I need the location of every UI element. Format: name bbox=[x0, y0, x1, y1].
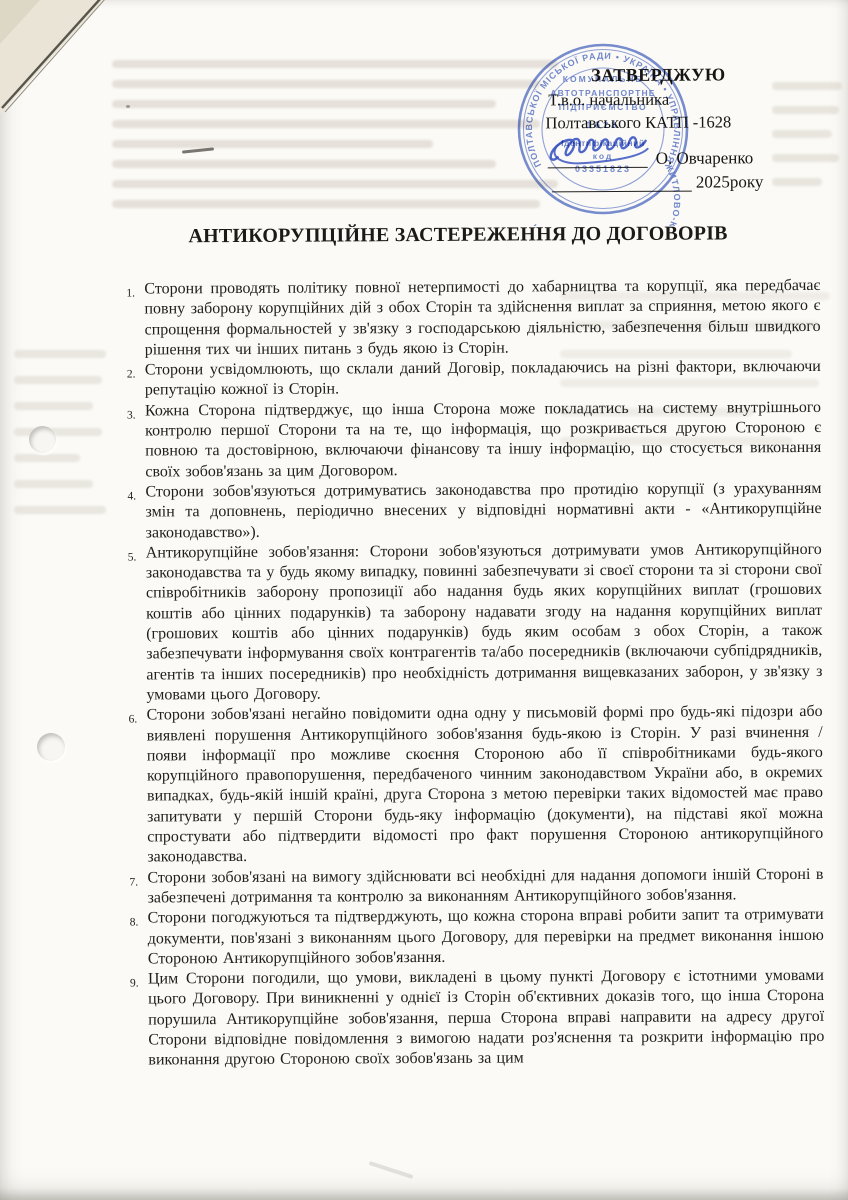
clause-text: Сторони погоджуються та підтверджують, щ… bbox=[148, 906, 824, 967]
stamp-line-7: 03351823 bbox=[575, 164, 631, 174]
page-corner-fold bbox=[0, 0, 132, 132]
clause-text: Кожна Сторона підтверджує, що інша Сторо… bbox=[145, 399, 821, 480]
clause-item: Сторони зобов'язані на вимогу здійснюват… bbox=[129, 865, 823, 909]
stamp-line-5: Ідентифікаційний bbox=[561, 138, 645, 148]
document-title: АНТИКОРУПЦІЙНЕ ЗАСТЕРЕЖЕННЯ ДО ДОГОВОРІВ bbox=[78, 222, 838, 249]
ink-speck bbox=[126, 105, 130, 108]
clause-item: Кожна Сторона підтверджує, що інша Сторо… bbox=[127, 398, 821, 483]
clause-text: Цим Сторони погодили, що умови, викладен… bbox=[148, 967, 824, 1069]
clause-text: Сторони зобов'язані на вимогу здійснюват… bbox=[147, 866, 823, 907]
stamp-line-4: 1628 bbox=[586, 120, 619, 131]
punch-hole-top bbox=[29, 426, 56, 453]
clause-item: Сторони проводять політику повної нетерп… bbox=[126, 276, 820, 361]
scanned-document-page: ЗАТВЕРДЖУЮ Т.в.о. начальника Полтавськог… bbox=[0, 0, 848, 1200]
clause-item: Цим Сторони погодили, що умови, викладен… bbox=[130, 966, 825, 1071]
clause-text: Сторони зобов'язані негайно повідомити о… bbox=[147, 703, 824, 866]
stamp-line-1: КОМУНАЛЬНЕ bbox=[563, 74, 643, 84]
clause-item: Сторони погоджуються та підтверджують, щ… bbox=[130, 905, 824, 970]
approval-year: 2025року bbox=[696, 172, 764, 192]
organization-round-stamp: ПОЛТАВСЬКОЇ МІСЬКОЇ РАДИ • УКРАЇНА • УПР… bbox=[508, 36, 698, 226]
stamp-line-3: ПІДПРИЄМСТВО bbox=[559, 102, 647, 112]
clause-item: Антикорупційне зобов'язання: Сторони зоб… bbox=[128, 540, 823, 706]
document-content: ЗАТВЕРДЖУЮ Т.в.о. начальника Полтавськог… bbox=[0, 0, 848, 1200]
clause-text: Сторони проводять політику повної нетерп… bbox=[144, 277, 820, 358]
clause-list: Сторони проводять політику повної нетерп… bbox=[126, 276, 824, 1071]
stamp-line-6: код bbox=[593, 151, 614, 161]
clause-text: Сторони зобов'язуються дотримуватись зак… bbox=[145, 480, 821, 541]
clause-item: Сторони усвідомлюють, що склали даний До… bbox=[127, 357, 821, 401]
clause-item: Сторони зобов'язані негайно повідомити о… bbox=[129, 702, 824, 868]
clause-text: Сторони усвідомлюють, що склали даний До… bbox=[145, 358, 821, 399]
punch-hole-bottom bbox=[37, 733, 65, 761]
clause-text: Антикорупційне зобов'язання: Сторони зоб… bbox=[146, 541, 823, 704]
clause-item: Сторони зобов'язуються дотримуватись зак… bbox=[127, 479, 821, 544]
stamp-line-2: АВТОТРАНСПОРТНЕ bbox=[550, 88, 655, 98]
